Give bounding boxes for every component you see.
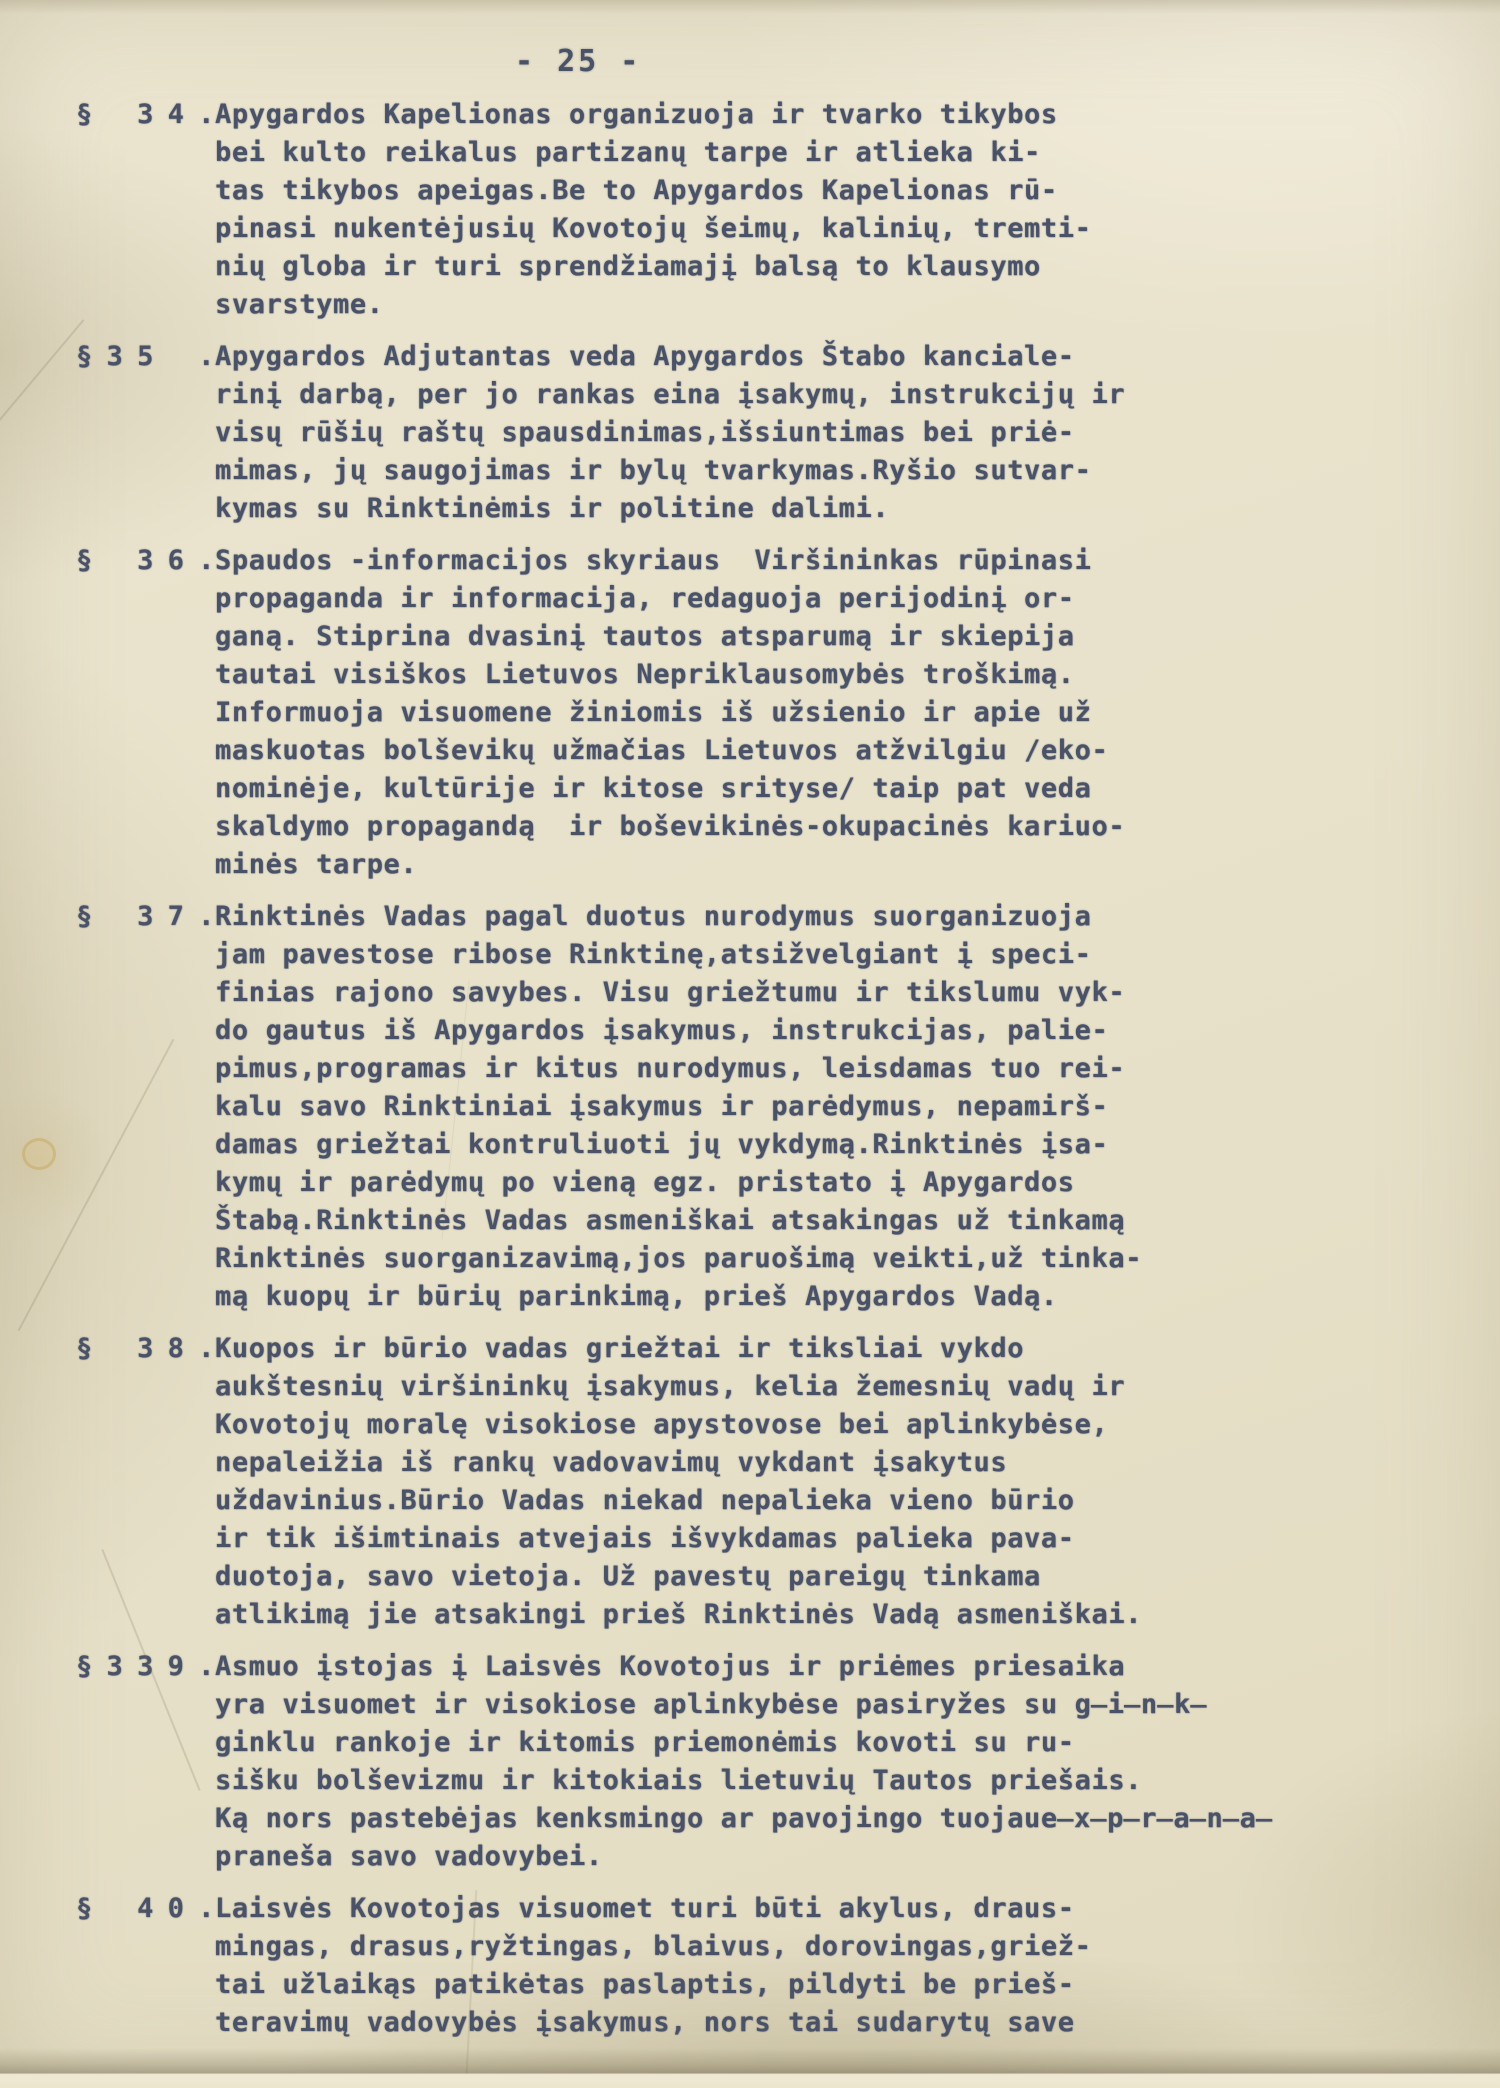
section-marker: §35 . [76, 338, 215, 376]
text-line: uždavinius.Būrio Vadas niekad nepalieka … [76, 1482, 1266, 1520]
text-line: tai užlaikąs patikėtas paslaptis, pildyt… [76, 1966, 1266, 2004]
paragraph-37: § 37.Rinktinės Vadas pagal duotus nurody… [76, 898, 1266, 1316]
text-line: pinasi nukentėjusių Kovotojų šeimų, kali… [76, 210, 1266, 248]
text-line: § 34.Apygardos Kapelionas organizuoja ir… [76, 96, 1266, 134]
text-line: Informuoja visuomene žiniomis iš užsieni… [76, 694, 1266, 732]
text-line: Rinktinės suorganizavimą,jos paruošimą v… [76, 1240, 1266, 1278]
paper-crease [0, 319, 84, 451]
text-line: teravimų vadovybės įsakymus, nors tai su… [76, 2004, 1266, 2042]
text-line: svarstyme. [76, 286, 1266, 324]
text-line: Ką nors pastebėjas kenksmingo ar pavojin… [76, 1800, 1266, 1838]
text-line: kymas su Rinktinėmis ir politine dalimi. [76, 490, 1266, 528]
typewritten-page: - 25 - § 34.Apygardos Kapelionas organiz… [0, 0, 1500, 2088]
text-line: bei kulto reikalus partizanų tarpe ir at… [76, 134, 1266, 172]
page-content: § 34.Apygardos Kapelionas organizuoja ir… [76, 96, 1266, 2056]
first-line-text: Laisvės Kovotojas visuomet turi būti aky… [215, 1893, 1075, 1924]
text-line: minės tarpe. [76, 846, 1266, 884]
section-marker: § 36. [76, 542, 215, 580]
text-line: nominėje, kultūrije ir kitose srityse/ t… [76, 770, 1266, 808]
first-line-text: Rinktinės Vadas pagal duotus nurodymus s… [215, 901, 1091, 932]
paper-stain [22, 1138, 56, 1170]
text-line: kymų ir parėdymų po vieną egz. pristato … [76, 1164, 1266, 1202]
paragraph-339: §339.Asmuo įstojas į Laisvės Kovotojus i… [76, 1648, 1266, 1876]
text-line: maskuotas bolševikų užmačias Lietuvos at… [76, 732, 1266, 770]
text-line: duotoja, savo vietoja. Už pavestų pareig… [76, 1558, 1266, 1596]
text-line: sišku bolševizmu ir kitokiais lietuvių T… [76, 1762, 1266, 1800]
text-line: ginklu rankoje ir kitomis priemonėmis ko… [76, 1724, 1266, 1762]
text-line: propaganda ir informacija, redaguoja per… [76, 580, 1266, 618]
text-line: visų rūšių raštų spausdinimas,išsiuntima… [76, 414, 1266, 452]
text-line: §339.Asmuo įstojas į Laisvės Kovotojus i… [76, 1648, 1266, 1686]
text-line: ganą. Stiprina dvasinį tautos atsparumą … [76, 618, 1266, 656]
section-marker: §339. [76, 1648, 215, 1686]
paragraph-36: § 36.Spaudos -informacijos skyriaus Virš… [76, 542, 1266, 884]
text-line: praneša savo vadovybei. [76, 1838, 1266, 1876]
section-marker: § 37. [76, 898, 215, 936]
text-line: § 36.Spaudos -informacijos skyriaus Virš… [76, 542, 1266, 580]
first-line-text: Apygardos Kapelionas organizuoja ir tvar… [215, 99, 1058, 130]
section-marker: § 40. [76, 1890, 215, 1928]
text-line: Kovotojų moralę visokiose apystovose bei… [76, 1406, 1266, 1444]
text-line: nepaleižia iš rankų vadovavimų vykdant į… [76, 1444, 1266, 1482]
text-line: tas tikybos apeigas.Be to Apygardos Kape… [76, 172, 1266, 210]
paragraph-40: § 40.Laisvės Kovotojas visuomet turi būt… [76, 1890, 1266, 2042]
text-line: Štabą.Rinktinės Vadas asmeniškai atsakin… [76, 1202, 1266, 1240]
text-line: damas griežtai kontruliuoti jų vykdymą.R… [76, 1126, 1266, 1164]
text-line: aukštesnių viršininkų įsakymus, kelia že… [76, 1368, 1266, 1406]
paper-top-edge [0, 0, 1500, 14]
text-line: jam pavestose ribose Rinktinę,atsižvelgi… [76, 936, 1266, 974]
text-line: ir tik išimtinais atvejais išvykdamas pa… [76, 1520, 1266, 1558]
text-line: atlikimą jie atsakingi prieš Rinktinės V… [76, 1596, 1266, 1634]
text-line: rinį darbą, per jo rankas eina įsakymų, … [76, 376, 1266, 414]
text-line: skaldymo propagandą ir boševikinės-okupa… [76, 808, 1266, 846]
first-line-text: Asmuo įstojas į Laisvės Kovotojus ir pri… [215, 1651, 1125, 1682]
text-line: mingas, drasus,ryžtingas, blaivus, dorov… [76, 1928, 1266, 1966]
text-line: mimas, jų saugojimas ir bylų tvarkymas.R… [76, 452, 1266, 490]
section-marker: § 38. [76, 1330, 215, 1368]
paragraph-34: § 34.Apygardos Kapelionas organizuoja ir… [76, 96, 1266, 324]
paragraph-35: §35 .Apygardos Adjutantas veda Apygardos… [76, 338, 1266, 528]
first-line-text: Spaudos -informacijos skyriaus Viršinink… [215, 545, 1091, 576]
first-line-text: Kuopos ir būrio vadas griežtai ir tiksli… [215, 1333, 1024, 1364]
text-line: mą kuopų ir būrių parinkimą, prieš Apyga… [76, 1278, 1266, 1316]
text-line: § 40.Laisvės Kovotojas visuomet turi būt… [76, 1890, 1266, 1928]
text-line: yra visuomet ir visokiose aplinkybėse pa… [76, 1686, 1266, 1724]
text-line: §35 .Apygardos Adjutantas veda Apygardos… [76, 338, 1266, 376]
text-line: tautai visiškos Lietuvos Nepriklausomybė… [76, 656, 1266, 694]
paragraph-38: § 38.Kuopos ir būrio vadas griežtai ir t… [76, 1330, 1266, 1634]
first-line-text: Apygardos Adjutantas veda Apygardos Štab… [215, 341, 1075, 372]
text-line: § 38.Kuopos ir būrio vadas griežtai ir t… [76, 1330, 1266, 1368]
text-line: do gautus iš Apygardos įsakymus, instruk… [76, 1012, 1266, 1050]
page-number: - 25 - [515, 44, 641, 79]
text-line: pimus,programas ir kitus nurodymus, leis… [76, 1050, 1266, 1088]
text-line: finias rajono savybes. Visu griežtumu ir… [76, 974, 1266, 1012]
text-line: nių globa ir turi sprendžiamajį balsą to… [76, 248, 1266, 286]
section-marker: § 34. [76, 96, 215, 134]
text-line: kalu savo Rinktiniai įsakymus ir parėdym… [76, 1088, 1266, 1126]
text-line: § 37.Rinktinės Vadas pagal duotus nurody… [76, 898, 1266, 936]
